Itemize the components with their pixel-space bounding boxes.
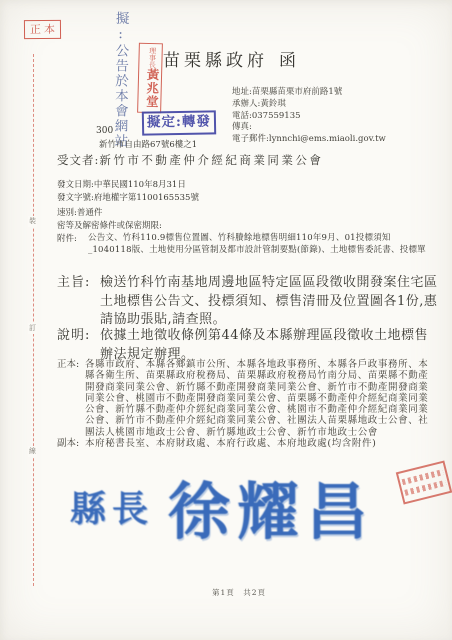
binding-mark-ding: 訂 <box>28 323 37 334</box>
contact-info-block: 地址:苗栗縣苗栗市府前路1號 承辦人:黃鈴琪 電話:037559135 傳真: … <box>232 87 386 146</box>
magistrate-name: 徐耀昌 <box>168 462 375 551</box>
magistrate-title: 縣長 <box>70 481 154 532</box>
recipient-name: 新竹市不動產仲介經紀商業同業公會 <box>99 153 323 167</box>
document-page: 裝 訂 線 正本 擬:公告於本會網站 理事長黃兆堂 苗栗縣政府函 地址:苗栗縣苗… <box>0 0 452 640</box>
subject-label: 主旨: <box>57 274 100 293</box>
recipient-label: 受文者: <box>57 153 99 167</box>
contact-address: 地址:苗栗縣苗栗市府前路1號 <box>232 87 386 99</box>
doc-number: 發文字號:府地權字第1100165535號 <box>57 192 439 205</box>
attachments-row: 附件: 公告文、竹科110.9標售位置圖、竹科賸餘地標售明細110年9月、01投… <box>57 233 439 256</box>
original-copy-stamp: 正本 <box>24 20 61 40</box>
issue-date: 發文日期:中華民國110年8月31日 <box>57 179 439 192</box>
approval-stamp: 擬定:轉發 <box>142 110 216 135</box>
security-level: 密等及解密條件或保密期限: <box>57 220 439 233</box>
chairman-seal-name: 黃兆堂 <box>144 68 160 109</box>
issuing-org-name: 苗栗縣政府 <box>163 51 268 71</box>
priority-level: 速別:普通件 <box>57 207 439 220</box>
document-title: 苗栗縣政府函 <box>163 46 300 71</box>
recipient-address: 新竹市自由路67號6樓之1 <box>99 138 197 150</box>
distribution-block: 正本: 各縣市政府、本縣各鄉鎮市公所、本縣各地政事務所、本縣各戶政事務所、本縣各… <box>57 359 437 449</box>
subject-text: 檢送竹科竹南基地周邊地區特定區區段徵收開發案住宅區土地標售公告文、投標須知、標售… <box>100 274 438 330</box>
contact-handler: 承辦人:黃鈴琪 <box>232 99 386 111</box>
meta-block: 發文日期:中華民國110年8月31日 發文字號:府地權字第1100165535號… <box>57 179 439 256</box>
binding-mark-xian: 線 <box>28 446 37 457</box>
attachments-label: 附件: <box>57 233 88 246</box>
original-recipients-label: 正本: <box>57 359 85 370</box>
contact-fax: 傳真: <box>232 122 386 134</box>
explanation-label: 說明: <box>57 327 100 346</box>
copy-recipients-list: 本府秘書長室、本府財政處、本府行政處、本府地政處(均含附件) <box>85 438 437 449</box>
receipt-stamp <box>396 460 452 504</box>
subject-block: 主旨: 檢送竹科竹南基地周邊地區特定區區段徵收開發案住宅區土地標售公告文、投標須… <box>57 274 438 330</box>
copy-recipients-label: 副本: <box>57 438 85 449</box>
original-recipients-list: 各縣市政府、本縣各鄉鎮市公所、本縣各地政事務所、本縣各戶政事務所、本縣各衛生所、… <box>85 359 437 438</box>
magistrate-signature-stamp: 縣長 徐耀昌 <box>70 462 375 551</box>
original-recipients-row: 正本: 各縣市政府、本縣各鄉鎮市公所、本縣各地政事務所、本縣各戶政事務所、本縣各… <box>57 359 437 438</box>
contact-email: 電子郵件:lynnchi@ems.miaoli.gov.tw <box>232 134 386 146</box>
chairman-seal-title: 理事長 <box>148 47 157 68</box>
binding-mark-zhuang: 裝 <box>28 216 37 227</box>
binding-dashed-line <box>33 54 34 586</box>
attachments-list: 公告文、竹科110.9標售位置圖、竹科賸餘地標售明細110年9月、01投標須知_… <box>88 233 433 256</box>
copy-recipients-row: 副本: 本府秘書長室、本府財政處、本府行政處、本府地政處(均含附件) <box>57 438 437 449</box>
chairman-seal-stamp: 理事長黃兆堂 <box>137 43 163 113</box>
page-footer: 第1頁 共2頁 <box>212 587 266 598</box>
recipient-zip: 300 <box>96 126 113 136</box>
contact-phone: 電話:037559135 <box>232 111 386 123</box>
recipient-line: 受文者:新竹市不動產仲介經紀商業同業公會 <box>57 152 323 168</box>
document-type: 函 <box>279 51 300 71</box>
